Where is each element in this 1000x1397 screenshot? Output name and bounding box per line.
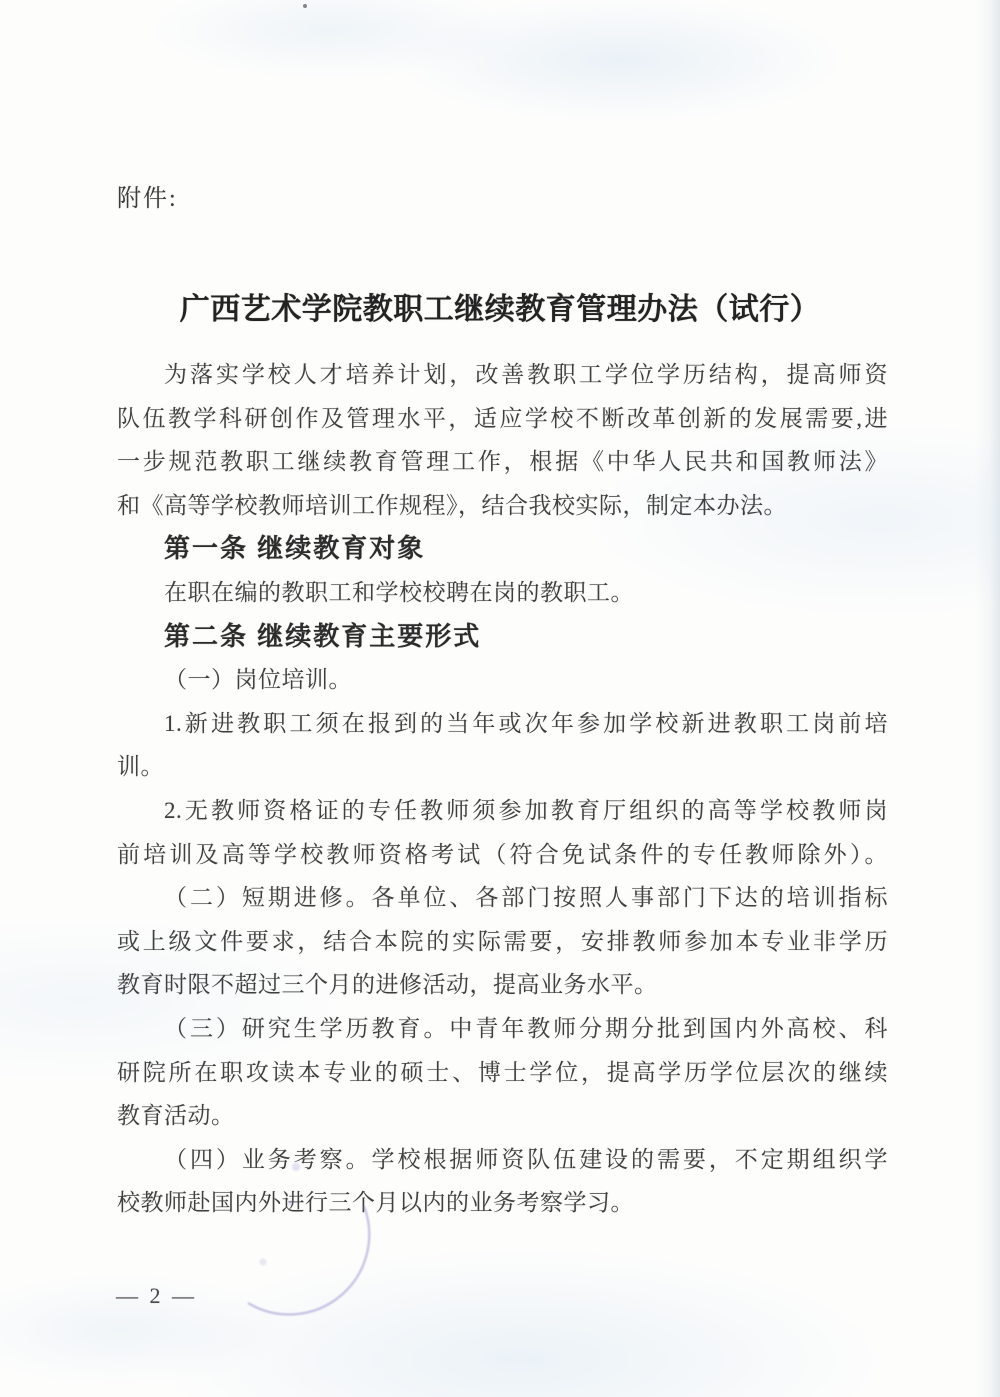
body-line: 1.新进教职工须在报到的当年或次年参加学校新进教职工岗前培 <box>117 702 888 746</box>
body-line: 训。 <box>117 745 888 789</box>
body-line: 或上级文件要求，结合本院的实际需要，安排教师参加本专业非学历 <box>117 920 888 964</box>
body-line: 队伍教学科研创作及管理水平，适应学校不断改革创新的发展需要,进 <box>117 397 888 441</box>
attachment-label: 附件: <box>117 178 178 213</box>
body-line: 研院所在职攻读本专业的硕士、博士学位，提高学历学位层次的继续 <box>117 1051 888 1095</box>
body-line: （二）短期进修。各单位、各部门按照人事部门下达的培训指标 <box>117 876 888 920</box>
body-line: 在职在编的教职工和学校校聘在岗的教职工。 <box>117 571 888 615</box>
body-line: 教育活动。 <box>117 1094 888 1138</box>
body-line: 前培训及高等学校教师资格考试（符合免试条件的专任教师除外）。 <box>117 833 888 877</box>
body-line: 教育时限不超过三个月的进修活动，提高业务水平。 <box>117 963 888 1007</box>
document-body: 为落实学校人才培养计划，改善教职工学位学历结构，提高师资 队伍教学科研创作及管理… <box>117 353 888 1225</box>
body-line: 一步规范教职工继续教育管理工作，根据《中华人民共和国教师法》 <box>117 440 888 484</box>
article-2-heading: 第二条 继续教育主要形式 <box>117 615 888 659</box>
scanned-document-page: 附件: 广西艺术学院教职工继续教育管理办法（试行） 为落实学校人才培养计划，改善… <box>0 0 1000 1397</box>
body-line: 2.无教师资格证的专任教师须参加教育厅组织的高等学校教师岗 <box>117 789 888 833</box>
article-1-heading: 第一条 继续教育对象 <box>117 527 888 571</box>
body-line: 为落实学校人才培养计划，改善教职工学位学历结构，提高师资 <box>117 353 888 397</box>
page-number: — 2 — <box>116 1283 197 1309</box>
scan-speck <box>303 4 307 8</box>
body-line: 校教师赴国内外进行三个月以内的业务考察学习。 <box>117 1181 888 1225</box>
body-line: （四）业务考察。学校根据师资队伍建设的需要，不定期组织学 <box>117 1138 888 1182</box>
body-line: （三）研究生学历教育。中青年教师分期分批到国内外高校、科 <box>117 1007 888 1051</box>
body-line: 和《高等学校教师培训工作规程》，结合我校实际，制定本办法。 <box>117 484 888 528</box>
document-title: 广西艺术学院教职工继续教育管理办法（试行） <box>0 284 1000 328</box>
body-line: （一）岗位培训。 <box>117 658 888 702</box>
seal-speck <box>260 1259 267 1266</box>
